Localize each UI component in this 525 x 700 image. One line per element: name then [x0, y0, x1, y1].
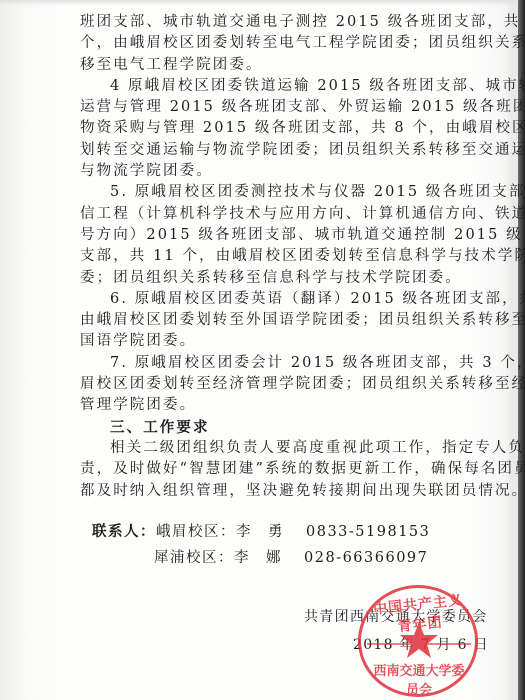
text-line: 都及时纳入组织管理，坚决避免转接期间出现失联团员情况。	[80, 481, 460, 502]
contact-phone: 028-66366097	[304, 550, 428, 566]
text-line: 班团支部、城市轨道交通电子测控 2015 级各班团支部，共 11	[80, 12, 460, 33]
seal-divider	[367, 643, 471, 645]
text-line: 物资采购与管理 2015 级各班团支部，共 8 个，由峨眉校区团委	[80, 118, 460, 139]
paragraph-item4: 4 原峨眉校区团委铁道运输 2015 级各班团支部、城市轨道 运营与管理 201…	[80, 76, 460, 182]
paragraph-item5: 5. 原峨眉校区团委测控技术与仪器 2015 级各班团支部、通 信工程（计算机科…	[80, 182, 460, 288]
seal-bottom-text: 西南交通大学委员会	[371, 660, 467, 698]
contact-campus: 峨眉校区：	[156, 524, 236, 540]
contact-label: 联系人：	[92, 523, 156, 540]
text-line: 5. 原峨眉校区团委测控技术与仪器 2015 级各班团支部、通	[80, 182, 460, 203]
official-seal: 中国共产主义青年团 西南交通大学委员会	[358, 585, 478, 697]
paragraph-item3-continued: 班团支部、城市轨道交通电子测控 2015 级各班团支部，共 11 个，由峨眉校区…	[80, 12, 460, 76]
text-line: 信工程（计算机科学技术与应用方向、计算机通信方向、铁道信	[80, 204, 460, 225]
text-line: 6. 原峨眉校区团委英语（翻译）2015 级各班团支部，共 2 个，	[80, 289, 460, 310]
text-line: 与物流学院团委。	[80, 161, 460, 182]
text-line: 眉校区团委划转至经济管理学院团委；团员组织关系转移至经济	[80, 374, 460, 395]
text-line: 运营与管理 2015 级各班团支部、外贸运输 2015 级各班团支部、	[80, 97, 460, 118]
text-line: 管理学院团委。	[80, 395, 460, 416]
paragraph-item6: 6. 原峨眉校区团委英语（翻译）2015 级各班团支部，共 2 个， 由峨眉校区…	[80, 289, 460, 353]
paragraph-item7: 7. 原峨眉校区团委会计 2015 级各班团支部，共 3 个，由峨 眉校区团委划…	[80, 353, 460, 417]
page-top-shadow	[0, 0, 525, 6]
document-body: 班团支部、城市轨道交通电子测控 2015 级各班团支部，共 11 个，由峨眉校区…	[80, 12, 460, 502]
text-line: 委；团员组织关系转移至信息科学与技术学院团委。	[80, 268, 460, 289]
text-line: 相关二级团组织负责人要高度重视此项工作，指定专人负	[80, 438, 460, 459]
text-line: 划转至交通运输与物流学院团委；团员组织关系转移至交通运输	[80, 140, 460, 161]
text-line: 国语学院团委。	[80, 331, 460, 352]
text-line: 责，及时做好“智慧团建”系统的数据更新工作，确保每名团员	[80, 459, 460, 480]
contact-name: 李 勇	[236, 520, 290, 541]
text-line: 个，由峨眉校区团委划转至电气工程学院团委；团员组织关系转	[80, 33, 460, 54]
section-heading: 三、工作要求	[80, 417, 460, 438]
text-line: 4 原峨眉校区团委铁道运输 2015 级各班团支部、城市轨道	[80, 76, 460, 97]
paragraph-requirements: 相关二级团组织负责人要高度重视此项工作，指定专人负 责，及时做好“智慧团建”系统…	[80, 438, 460, 502]
contact-phone: 0833-5198153	[306, 524, 430, 540]
text-line: 支部，共 11 个，由峨眉校区团委划转至信息科学与技术学院团	[80, 246, 460, 267]
contact-row-emei: 联系人：峨眉校区：李 勇0833-5198153	[92, 520, 430, 541]
text-line: 由峨眉校区团委划转至外国语学院团委；团员组织关系转移至外	[80, 310, 460, 331]
text-line: 移至电气工程学院团委。	[80, 55, 460, 76]
text-line: 号方向）2015 级各班团支部、城市轨道交通控制 2015 级各班团	[80, 225, 460, 246]
contact-row-xipu: 犀浦校区：李 娜028-66366097	[154, 546, 428, 567]
text-line: 7. 原峨眉校区团委会计 2015 级各班团支部，共 3 个，由峨	[80, 353, 460, 374]
contact-campus: 犀浦校区：	[154, 550, 234, 566]
contact-name: 李 娜	[234, 546, 288, 567]
star-icon	[399, 620, 439, 660]
